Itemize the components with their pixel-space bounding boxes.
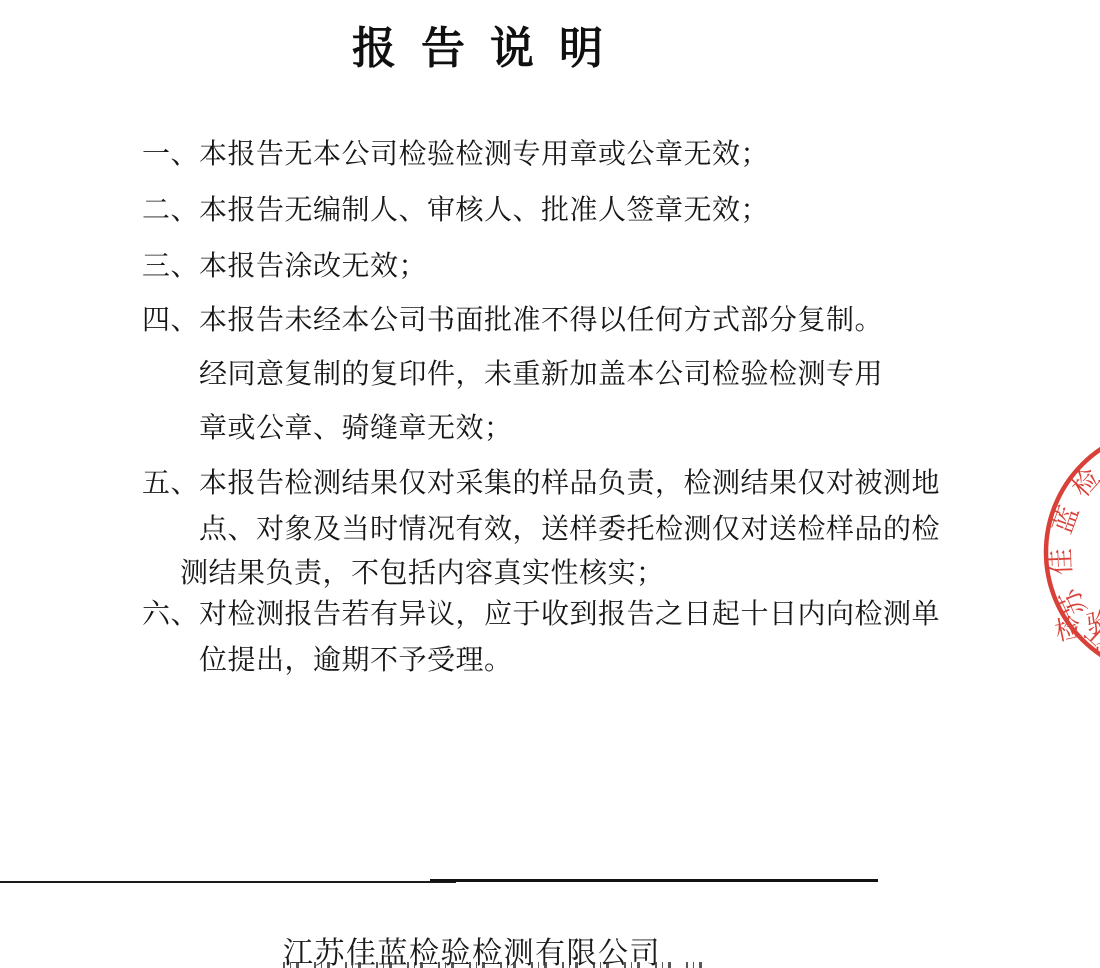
seal-bottom-text: 检验检测专用章 <box>1052 572 1100 647</box>
note-marker: 三、 <box>142 253 199 281</box>
note-item-6: 六、 对检测报告若有异议，应于收到报告之日起十日内向检测单 位提出，逾期不予受理… <box>142 601 942 675</box>
note-item-5: 五、 本报告检测结果仅对采集的样品负责，检测结果仅对被测地 点、对象及当时情况有… <box>142 470 942 588</box>
note-marker: 六、 <box>142 601 199 629</box>
footer-rule-right <box>430 879 878 882</box>
note-line: 对检测报告若有异议，应于收到报告之日起十日内向检测单 <box>142 601 942 629</box>
note-line: 测结果负责，不包括内容真实性核实； <box>123 560 942 588</box>
note-line: 本报告无编制人、审核人、批准人签章无效； <box>142 197 942 225</box>
note-marker: 四、 <box>142 307 199 335</box>
note-item-3: 三、 本报告涂改无效； <box>142 253 942 281</box>
note-item-4: 四、 本报告未经本公司书面批准不得以任何方式部分复制。 经同意复制的复印件，未重… <box>142 307 942 443</box>
clipped-text-line <box>283 962 705 968</box>
note-line: 本报告检测结果仅对采集的样品负责，检测结果仅对被测地 <box>142 470 942 498</box>
note-line: 章或公章、骑缝章无效； <box>142 415 942 443</box>
note-marker: 五、 <box>142 470 199 498</box>
seal-ring <box>1046 428 1100 676</box>
footer-rule-left <box>0 881 456 883</box>
page-title: 报 告 说 明 <box>0 12 962 76</box>
notes-list: 一、 本报告无本公司检验检测专用章或公章无效； 二、 本报告无编制人、审核人、批… <box>142 141 942 675</box>
note-marker: 二、 <box>142 197 199 225</box>
note-item-2: 二、 本报告无编制人、审核人、批准人签章无效； <box>142 197 942 225</box>
note-marker: 一、 <box>142 141 199 169</box>
note-line: 本报告未经本公司书面批准不得以任何方式部分复制。 <box>142 307 942 335</box>
seal-arc-text: 江苏佳蓝检验检测有限公司 <box>1043 424 1100 682</box>
note-line: 经同意复制的复印件，未重新加盖本公司检验检测专用 <box>142 361 942 389</box>
company-seal-stamp: 江苏佳蓝检验检测有限公司 检验检测专用章 <box>1043 424 1100 682</box>
note-line: 本报告无本公司检验检测专用章或公章无效； <box>142 141 942 169</box>
note-line: 点、对象及当时情况有效，送样委托检测仅对送检样品的检 <box>142 516 942 544</box>
report-notes-page: 报 告 说 明 一、 本报告无本公司检验检测专用章或公章无效； 二、 本报告无编… <box>0 0 1100 968</box>
note-item-1: 一、 本报告无本公司检验检测专用章或公章无效； <box>142 141 942 169</box>
note-line: 位提出，逾期不予受理。 <box>142 647 942 675</box>
note-line: 本报告涂改无效； <box>142 253 942 281</box>
